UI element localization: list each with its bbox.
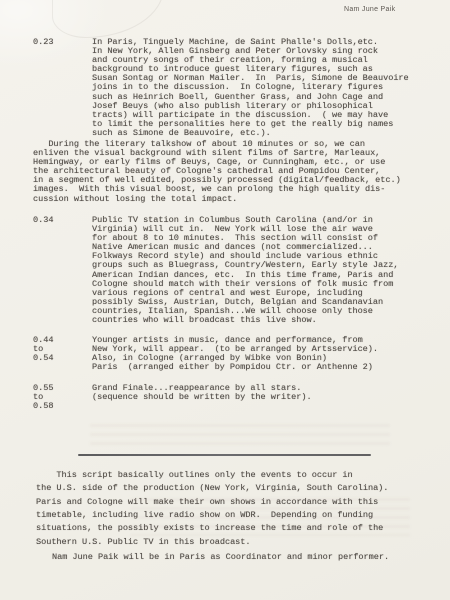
time-code: 0.44 to 0.54 bbox=[33, 336, 92, 363]
entry-text: Grand Finale...reappearance by all stars… bbox=[92, 384, 312, 402]
entry-text: Public TV station in Columbus South Caro… bbox=[92, 216, 398, 325]
bleed-through-smudge bbox=[90, 424, 390, 446]
paragraph-signature-line: Nam June Paik will be in Paris as Coordi… bbox=[52, 553, 389, 562]
page-header-author: Nam June Paik bbox=[344, 6, 395, 13]
paragraph-literary-talkshow: During the literary talkshow of about 10… bbox=[33, 140, 401, 204]
timetable-entry: 0.34 Public TV station in Columbus South… bbox=[33, 216, 398, 325]
entry-text: Younger artists in music, dance and perf… bbox=[92, 336, 378, 372]
timetable-entry: 0.55 to 0.58 Grand Finale...reappearance… bbox=[33, 384, 312, 411]
paragraph-closing-note: This script basically outlines only the … bbox=[36, 469, 388, 549]
entry-text: In Paris, Tinguely Machine, de Saint Pha… bbox=[92, 38, 409, 138]
timetable-entry: 0.23 In Paris, Tinguely Machine, de Sain… bbox=[33, 38, 409, 138]
typewritten-script-page: Nam June Paik 0.23 In Paris, Tinguely Ma… bbox=[0, 0, 450, 600]
time-code: 0.55 to 0.58 bbox=[33, 384, 92, 411]
time-code: 0.34 bbox=[33, 216, 92, 225]
hand-drawn-divider-line bbox=[78, 454, 371, 456]
paper-crease bbox=[52, 0, 164, 38]
timetable-entry: 0.44 to 0.54 Younger artists in music, d… bbox=[33, 336, 378, 372]
time-code: 0.23 bbox=[33, 38, 92, 47]
